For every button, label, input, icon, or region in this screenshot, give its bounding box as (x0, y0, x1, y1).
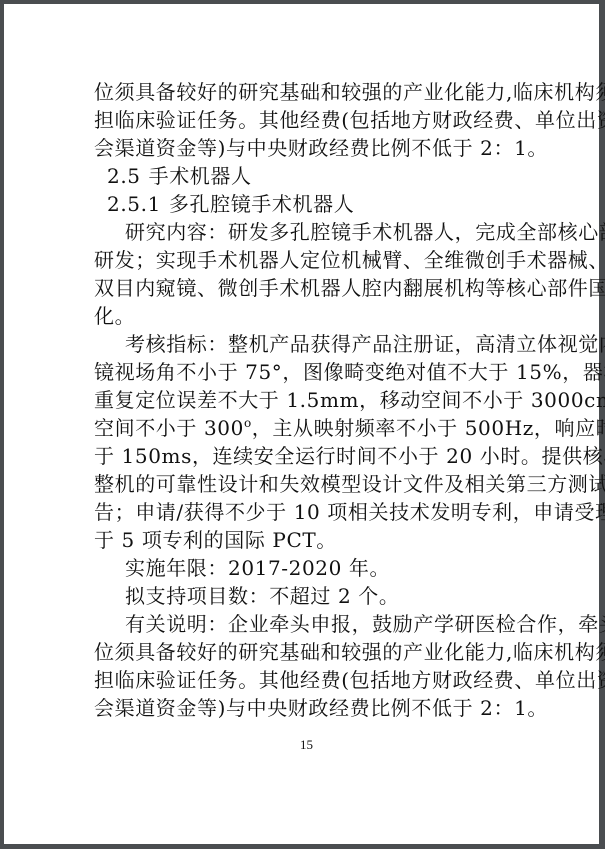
subsection-title: 多孔腔镜手术机器人 (169, 192, 354, 216)
research-content-line-1: 研究内容：研发多孔腔镜手术机器人，完成全部核心部件 (94, 218, 510, 246)
assessment-line-4-text: 空间不小于 300 (94, 416, 244, 440)
section-number: 2.5 (107, 164, 141, 188)
assessment-line-5: 于 150ms，连续安全运行时间不小于 20 小时。提供核心部件、 (94, 442, 510, 470)
assessment-line-7: 告；申请/获得不少于 10 项相关技术发明专利，申请受理不少 (94, 498, 510, 526)
subsection-heading: 2.5.1多孔腔镜手术机器人 (94, 190, 510, 218)
notes-line-2: 位须具备较好的研究基础和较强的产业化能力,临床机构须承 (94, 638, 510, 666)
page-number: 15 (300, 737, 313, 753)
body-text: 位须具备较好的研究基础和较强的产业化能力,临床机构须承 担临床验证任务。其他经费… (94, 78, 510, 722)
research-content-line-4: 化。 (94, 302, 510, 330)
assessment-line-4-tail: ，主从映射频率不小于 500Hz，响应时间不大 (252, 416, 605, 440)
section-heading: 2.5手术机器人 (94, 162, 510, 190)
assessment-line-6: 整机的可靠性设计和失效模型设计文件及相关第三方测试报 (94, 470, 510, 498)
assessment-line-1: 考核指标：整机产品获得产品注册证，高清立体视觉内窥 (94, 330, 510, 358)
assessment-line-3-text: 重复定位误差不大于 1.5mm，移动空间不小于 3000cm (94, 388, 605, 412)
assessment-line-2: 镜视场角不小于 75°，图像畸变绝对值不大于 15%，器械末端 (94, 358, 510, 386)
research-content-line-2: 研发；实现手术机器人定位机械臂、全维微创手术器械、高清 (94, 246, 510, 274)
continuation-line-3: 会渠道资金等)与中央财政经费比例不低于 2：1。 (94, 134, 510, 162)
implementation-period: 实施年限：2017-2020 年。 (94, 554, 510, 582)
assessment-line-3: 重复定位误差不大于 1.5mm，移动空间不小于 3000cm3，自转 (94, 386, 510, 414)
continuation-line-1: 位须具备较好的研究基础和较强的产业化能力,临床机构须承 (94, 78, 510, 106)
assessment-line-8: 于 5 项专利的国际 PCT。 (94, 526, 510, 554)
assessment-line-4: 空间不小于 300o，主从映射频率不小于 500Hz，响应时间不大 (94, 414, 510, 442)
notes-line-4: 会渠道资金等)与中央财政经费比例不低于 2：1。 (94, 694, 510, 722)
notes-line-1: 有关说明：企业牵头申报，鼓励产学研医检合作，牵头单 (94, 610, 510, 638)
notes-line-3: 担临床验证任务。其他经费(包括地方财政经费、单位出资及社 (94, 666, 510, 694)
section-title: 手术机器人 (149, 164, 252, 188)
projects-supported: 拟支持项目数：不超过 2 个。 (94, 582, 510, 610)
superscript-degree: o (244, 416, 252, 430)
research-content-line-3: 双目内窥镜、微创手术机器人腔内翻展机构等核心部件国产 (94, 274, 510, 302)
document-page: 位须具备较好的研究基础和较强的产业化能力,临床机构须承 担临床验证任务。其他经费… (4, 4, 599, 844)
subsection-number: 2.5.1 (107, 192, 161, 216)
continuation-line-2: 担临床验证任务。其他经费(包括地方财政经费、单位出资及社 (94, 106, 510, 134)
